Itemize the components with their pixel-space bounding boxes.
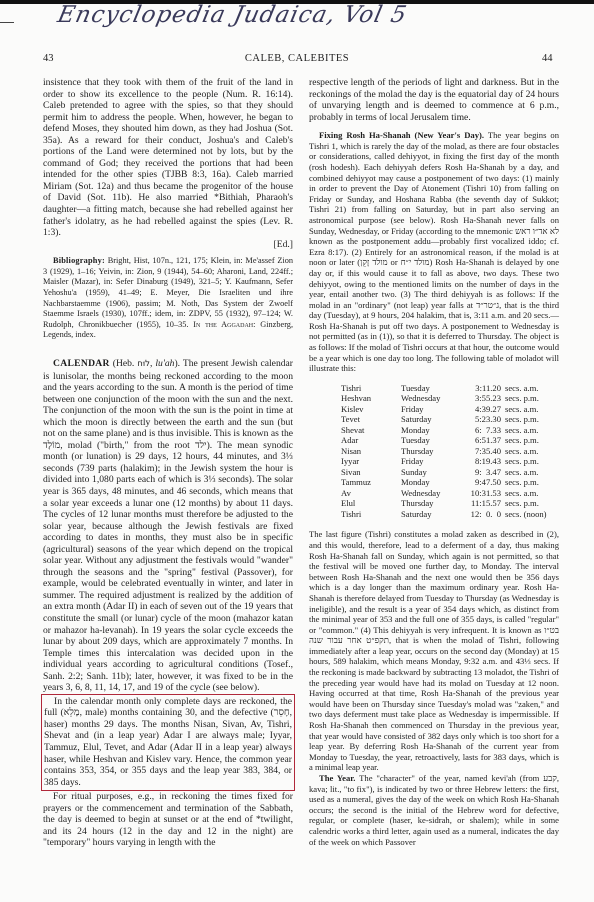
rosh-hashanah-section: Fixing Rosh Ha-Shanah (New Year's Day). …: [309, 130, 559, 374]
cell-month: Tevet: [341, 414, 401, 425]
table-row: AdarTuesday6:51.37secs. p.m.: [341, 435, 547, 446]
cell-month: Tammuz: [341, 477, 401, 488]
section-text: The "character" of the year, named kevi'…: [309, 773, 559, 847]
after-table-paragraph: The last figure (Tishri) constitutes a m…: [309, 529, 559, 773]
cell-day: Friday: [401, 456, 467, 467]
cell-month: Nisan: [341, 446, 401, 457]
table-row: TevetSaturday5:23.30secs. p.m.: [341, 414, 547, 425]
cell-day: Friday: [401, 404, 467, 415]
cell-unit: secs. p.m.: [505, 435, 547, 446]
the-year-section: The Year. The "character" of the year, n…: [309, 773, 559, 847]
cell-unit: secs. a.m.: [505, 404, 547, 415]
highlighted-paragraph: In the calendar month only complete days…: [44, 696, 292, 788]
section-heading: Fixing Rosh Ha-Shanah (New Year's Day).: [319, 130, 484, 140]
cell-day: Monday: [401, 425, 467, 436]
cell-day: Wednesday: [401, 488, 467, 499]
cell-month: Adar: [341, 435, 401, 446]
cell-time: 12: 0. 0: [467, 509, 505, 520]
calendar-para-1: ). The present Jewish calendar is luniso…: [43, 358, 293, 693]
cell-month: Kislev: [341, 404, 401, 415]
cell-day: Monday: [401, 477, 467, 488]
cell-time: 6: 7.33: [467, 425, 505, 436]
cell-month: Heshvan: [341, 393, 401, 404]
transliteration: lu'ah: [155, 358, 174, 369]
table-row: NisanThursday7:35.40secs. a.m.: [341, 446, 547, 457]
section-heading: The Year.: [319, 773, 355, 783]
cell-month: Shevat: [341, 425, 401, 436]
table-row: TammuzMonday9:47.50secs. p.m.: [341, 477, 547, 488]
table-row: TishriTuesday3:11.20secs. a.m.: [341, 383, 547, 394]
cell-day: Tuesday: [401, 435, 467, 446]
cell-time: 3:55.23: [467, 393, 505, 404]
table-row: ElulThursday11:15.57secs. p.m.: [341, 498, 547, 509]
cell-time: 4:39.27: [467, 404, 505, 415]
cell-day: Wednesday: [401, 393, 467, 404]
bibliography: Bibliography: Bright, Hist, 107n., 121, …: [43, 256, 293, 341]
cell-day: Saturday: [401, 509, 467, 520]
cell-month: Elul: [341, 498, 401, 509]
aggadah-label: In the Aggadah:: [193, 320, 255, 329]
cell-day: Thursday: [401, 446, 467, 457]
table-row: TishriSaturday12: 0. 0secs. (noon): [341, 509, 547, 520]
highlighted-passage: In the calendar month only complete days…: [41, 694, 295, 791]
cell-time: 11:15.57: [467, 498, 505, 509]
cell-time: 5:23.30: [467, 414, 505, 425]
cell-unit: secs. a.m.: [505, 446, 547, 457]
margin-mark: [0, 22, 14, 23]
cell-unit: secs. (noon): [505, 509, 547, 520]
cell-day: Tuesday: [401, 383, 467, 394]
cell-unit: secs. a.m.: [505, 383, 547, 394]
continued-paragraph: respective length of the periods of ligh…: [309, 77, 559, 123]
cell-month: Tishri: [341, 383, 401, 394]
table-row: IyyarFriday8:19.43secs. p.m.: [341, 456, 547, 467]
cell-time: 9: 3.47: [467, 467, 505, 478]
table-row: AvWednesday10:31.53secs. a.m.: [341, 488, 547, 499]
cell-unit: secs. p.m.: [505, 456, 547, 467]
table-row: SivanSunday9: 3.47secs. a.m.: [341, 467, 547, 478]
calendar-para-3: For ritual purposes, e.g., in reckoning …: [43, 791, 293, 849]
caleb-paragraph: insistence that they took with them of t…: [43, 77, 293, 239]
cell-time: 3:11.20: [467, 383, 505, 394]
table-row: KislevFriday4:39.27secs. a.m.: [341, 404, 547, 415]
cell-unit: secs. p.m.: [505, 477, 547, 488]
left-column: insistence that they took with them of t…: [43, 77, 293, 849]
calendar-entry: CALENDAR (Heb. לוּח, lu'ah). The present…: [43, 358, 293, 849]
handwritten-annotation: Encyclopedia Judaica, Vol 5: [55, 2, 409, 28]
calendar-intro: CALENDAR (Heb. לוּח, lu'ah). The present…: [43, 358, 293, 694]
bibliography-label: Bibliography:: [53, 256, 105, 265]
cell-unit: secs. p.m.: [505, 393, 547, 404]
cell-time: 6:51.37: [467, 435, 505, 446]
section-text: The year begins on Tishri 1, which is ra…: [309, 130, 559, 373]
cell-unit: secs. a.m.: [505, 425, 547, 436]
page-number-right: 44: [542, 53, 553, 64]
editor-mark: [Ed.]: [43, 239, 293, 251]
cell-day: Sunday: [401, 467, 467, 478]
table-row: HeshvanWednesday3:55.23secs. p.m.: [341, 393, 547, 404]
cell-time: 9:47.50: [467, 477, 505, 488]
cell-month: Sivan: [341, 467, 401, 478]
cell-time: 7:35.40: [467, 446, 505, 457]
bibliography-text: Bright, Hist, 107n., 121, 175; Klein, in…: [43, 256, 293, 329]
cell-unit: secs. p.m.: [505, 498, 547, 509]
running-head: 43 CALEB, CALEBITES 44: [0, 53, 594, 67]
cell-day: Saturday: [401, 414, 467, 425]
cell-unit: secs. p.m.: [505, 414, 547, 425]
cell-time: 8:19.43: [467, 456, 505, 467]
cell-unit: secs. a.m.: [505, 467, 547, 478]
molad-table: TishriTuesday3:11.20secs. a.m.HeshvanWed…: [341, 383, 547, 520]
gloss-open: (Heb.: [113, 358, 138, 369]
table-row: ShevatMonday6: 7.33secs. a.m.: [341, 425, 547, 436]
cell-month: Tishri: [341, 509, 401, 520]
cell-time: 10:31.53: [467, 488, 505, 499]
cell-day: Thursday: [401, 498, 467, 509]
headword: CALENDAR: [53, 358, 110, 369]
cell-month: Av: [341, 488, 401, 499]
cell-month: Iyyar: [341, 456, 401, 467]
right-column: respective length of the periods of ligh…: [309, 77, 559, 847]
running-head-title: CALEB, CALEBITES: [0, 53, 594, 64]
hebrew-word: לוּח: [137, 359, 150, 369]
cell-unit: secs. a.m.: [505, 488, 547, 499]
